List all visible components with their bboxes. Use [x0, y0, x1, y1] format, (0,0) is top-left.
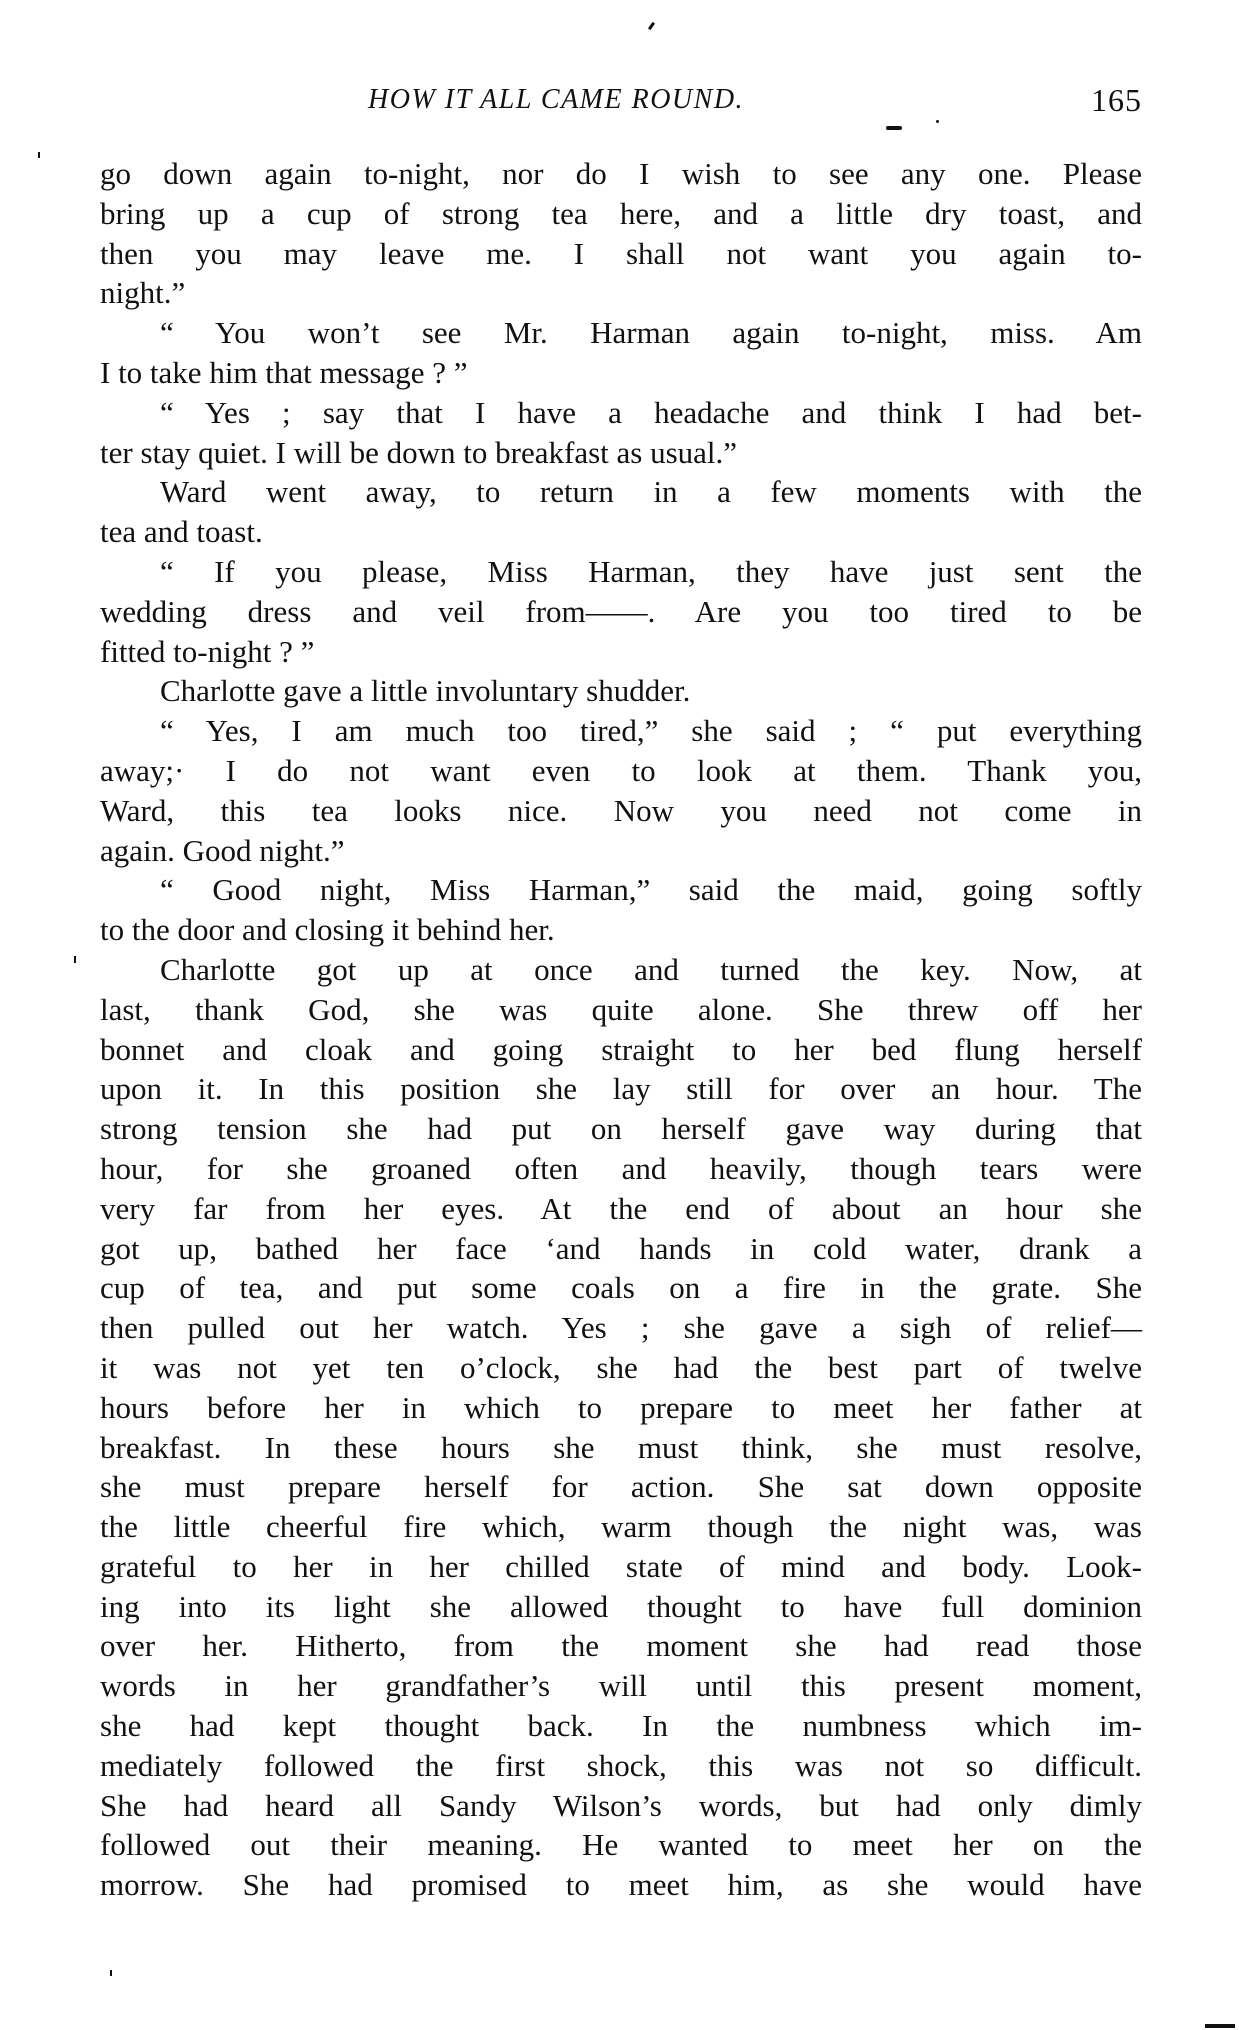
text-line: bonnet and cloak and going straight to h…	[100, 1030, 1142, 1070]
scan-artifact	[936, 120, 939, 123]
scan-artifact	[110, 1970, 112, 1976]
text-line: tea and toast.	[100, 512, 1142, 552]
scan-artifact	[648, 22, 655, 30]
text-line: wedding dress and veil from——. Are you t…	[100, 592, 1142, 632]
text-line: over her. Hitherto, from the moment she …	[100, 1626, 1142, 1666]
text-line: breakfast. In these hours she must think…	[100, 1428, 1142, 1468]
text-line: go down again to-night, nor do I wish to…	[100, 154, 1142, 194]
scan-artifact	[886, 126, 902, 130]
text-line: hours before her in which to prepare to …	[100, 1388, 1142, 1428]
page-number: 165	[1091, 80, 1142, 120]
scan-artifact	[74, 956, 76, 963]
text-line: Charlotte gave a little involuntary shud…	[100, 671, 1142, 711]
text-line: Ward, this tea looks nice. Now you need …	[100, 791, 1142, 831]
text-line: Charlotte got up at once and turned the …	[100, 950, 1142, 990]
text-line: morrow. She had promised to meet him, as…	[100, 1865, 1142, 1905]
page-header: HOW IT ALL CAME ROUND. 165	[100, 80, 1142, 120]
text-line: She had heard all Sandy Wilson’s words, …	[100, 1786, 1142, 1826]
scan-artifact	[38, 152, 40, 158]
text-line: night.”	[100, 273, 1142, 313]
text-line: she must prepare herself for action. She…	[100, 1467, 1142, 1507]
text-line: very far from her eyes. At the end of ab…	[100, 1189, 1142, 1229]
text-line: “ Yes ; say that I have a headache and t…	[100, 393, 1142, 433]
text-line: cup of tea, and put some coals on a fire…	[100, 1268, 1142, 1308]
scan-artifact	[1205, 2024, 1235, 2028]
text-line: the little cheerful fire which, warm tho…	[100, 1507, 1142, 1547]
text-line: ing into its light she allowed thought t…	[100, 1587, 1142, 1627]
text-line: bring up a cup of strong tea here, and a…	[100, 194, 1142, 234]
text-line: away;· I do not want even to look at the…	[100, 751, 1142, 791]
text-line: then pulled out her watch. Yes ; she gav…	[100, 1308, 1142, 1348]
text-line: then you may leave me. I shall not want …	[100, 234, 1142, 274]
text-line: she had kept thought back. In the numbne…	[100, 1706, 1142, 1746]
running-title: HOW IT ALL CAME ROUND.	[368, 80, 744, 120]
text-line: fitted to-night ? ”	[100, 632, 1142, 672]
text-line: ter stay quiet. I will be down to breakf…	[100, 433, 1142, 473]
text-line: followed out their meaning. He wanted to…	[100, 1825, 1142, 1865]
book-page: HOW IT ALL CAME ROUND. 165 go down again…	[0, 0, 1239, 2030]
text-line: mediately followed the first shock, this…	[100, 1746, 1142, 1786]
text-line: hour, for she groaned often and heavily,…	[100, 1149, 1142, 1189]
text-line: it was not yet ten o’clock, she had the …	[100, 1348, 1142, 1388]
text-line: Ward went away, to return in a few momen…	[100, 472, 1142, 512]
text-line: “ Good night, Miss Harman,” said the mai…	[100, 870, 1142, 910]
text-line: again. Good night.”	[100, 831, 1142, 871]
text-line: “ You won’t see Mr. Harman again to-nigh…	[100, 313, 1142, 353]
text-line: words in her grandfather’s will until th…	[100, 1666, 1142, 1706]
text-line: “ Yes, I am much too tired,” she said ; …	[100, 711, 1142, 751]
text-line: to the door and closing it behind her.	[100, 910, 1142, 950]
text-line: last, thank God, she was quite alone. Sh…	[100, 990, 1142, 1030]
text-line: strong tension she had put on herself ga…	[100, 1109, 1142, 1149]
text-line: upon it. In this position she lay still …	[100, 1069, 1142, 1109]
text-line: grateful to her in her chilled state of …	[100, 1547, 1142, 1587]
body-text: go down again to-night, nor do I wish to…	[100, 154, 1142, 1905]
text-line: got up, bathed her face ‘and hands in co…	[100, 1229, 1142, 1269]
text-line: I to take him that message ? ”	[100, 353, 1142, 393]
text-line: “ If you please, Miss Harman, they have …	[100, 552, 1142, 592]
